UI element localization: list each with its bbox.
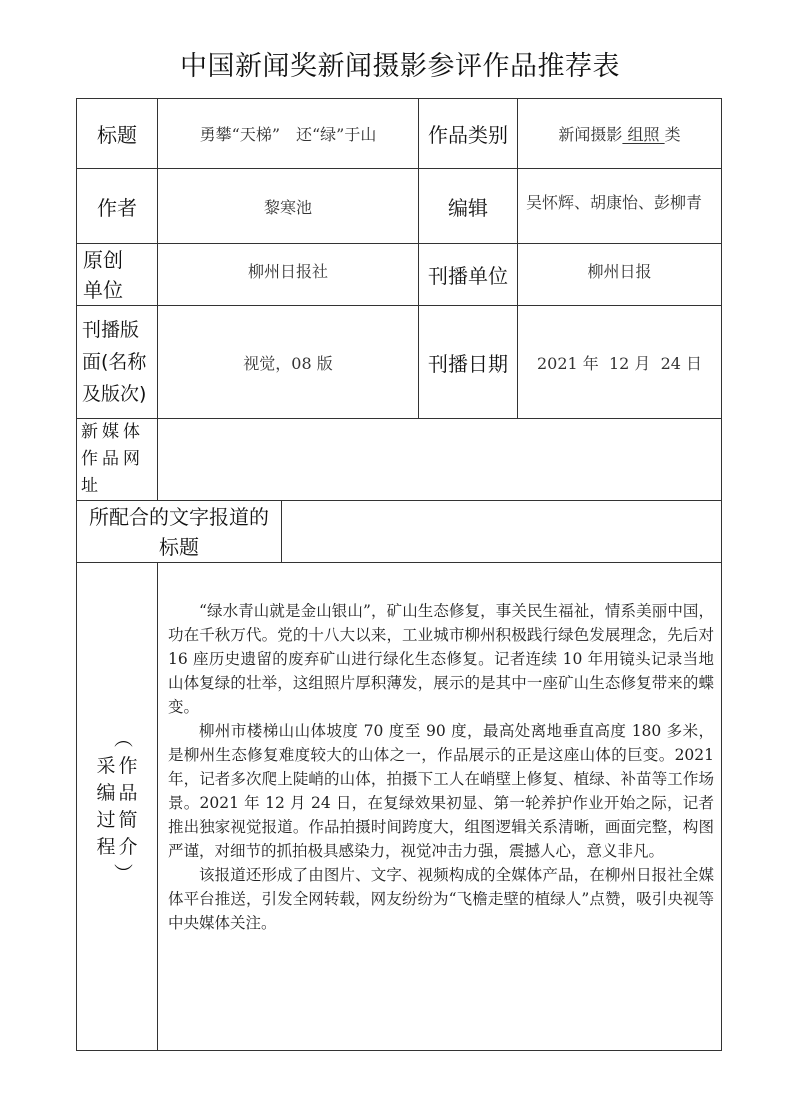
intro-content: “绿水青山就是金山银山”，矿山生态修复，事关民生福祉，情系美丽中国，功在千秋万代… [158, 563, 722, 1051]
editor-value: 吴怀辉、胡康怡、彭柳青 [518, 169, 722, 244]
intro-paragraph: “绿水青山就是金山银山”，矿山生态修复，事关民生福祉，情系美丽中国，功在千秋万代… [168, 599, 714, 719]
category-value: 新闻摄影 组照 类 [518, 99, 722, 169]
row-title-category: 标题 勇攀“天梯” 还“绿”于山 作品类别 新闻摄影 组照 类 [77, 99, 722, 169]
row-units: 原创 单位 柳州日报社 刊播单位 柳州日报 [77, 244, 722, 306]
date-value: 2021 年 12 月 24 日 [518, 306, 722, 419]
new-media-url-label: 新媒体 作品网 址 [77, 419, 158, 501]
author-label: 作者 [77, 169, 158, 244]
intro-paragraph: 该报道还形成了由图片、文字、视频构成的全媒体产品，在柳州日报社全媒体平台推送，引… [168, 863, 714, 935]
recommendation-form-table: 标题 勇攀“天梯” 还“绿”于山 作品类别 新闻摄影 组照 类 作者 黎寒池 编… [76, 98, 722, 1051]
related-title-label: 所配合的文字报道的 标题 [77, 501, 282, 563]
title-value: 勇攀“天梯” 还“绿”于山 [158, 99, 419, 169]
paren-close: ︶ [95, 861, 139, 888]
intro-paragraph: 柳州市楼梯山山体坡度 70 度至 90 度，最高处离地垂直高度 180 多米，是… [168, 719, 714, 863]
publish-unit-value: 柳州日报 [518, 244, 722, 306]
intro-label-col2: 作 品 简 介 [117, 753, 139, 861]
editor-label: 编辑 [419, 169, 518, 244]
intro-label: ︵ 采 编 过 程 作 品 简 介 ︶ [77, 563, 158, 1051]
row-intro: ︵ 采 编 过 程 作 品 简 介 ︶ [77, 563, 722, 1051]
category-label: 作品类别 [419, 99, 518, 169]
row-page-date: 刊播版 面(名称 及版次) 视觉，08 版 刊播日期 2021 年 12 月 2… [77, 306, 722, 419]
related-title-value [282, 501, 722, 563]
document-title: 中国新闻奖新闻摄影参评作品推荐表 [0, 44, 800, 83]
original-unit-value: 柳州日报社 [158, 244, 419, 306]
page-label: 刊播版 面(名称 及版次) [77, 306, 158, 419]
page-value: 视觉，08 版 [158, 306, 419, 419]
row-new-media-url: 新媒体 作品网 址 [77, 419, 722, 501]
paren-open: ︵ [95, 726, 139, 753]
intro-label-col1: 采 编 过 程 [95, 753, 117, 861]
publish-unit-label: 刊播单位 [419, 244, 518, 306]
date-label: 刊播日期 [419, 306, 518, 419]
category-suffix: 类 [665, 125, 681, 144]
title-label: 标题 [77, 99, 158, 169]
new-media-url-value [158, 419, 722, 501]
row-related-title: 所配合的文字报道的 标题 [77, 501, 722, 563]
original-unit-label: 原创 单位 [77, 244, 158, 306]
intro-label-vertical: ︵ 采 编 过 程 作 品 简 介 ︶ [95, 726, 139, 888]
row-author-editor: 作者 黎寒池 编辑 吴怀辉、胡康怡、彭柳青 [77, 169, 722, 244]
author-value: 黎寒池 [158, 169, 419, 244]
category-prefix: 新闻摄影 [558, 125, 622, 144]
category-fill: 组照 [622, 125, 664, 144]
